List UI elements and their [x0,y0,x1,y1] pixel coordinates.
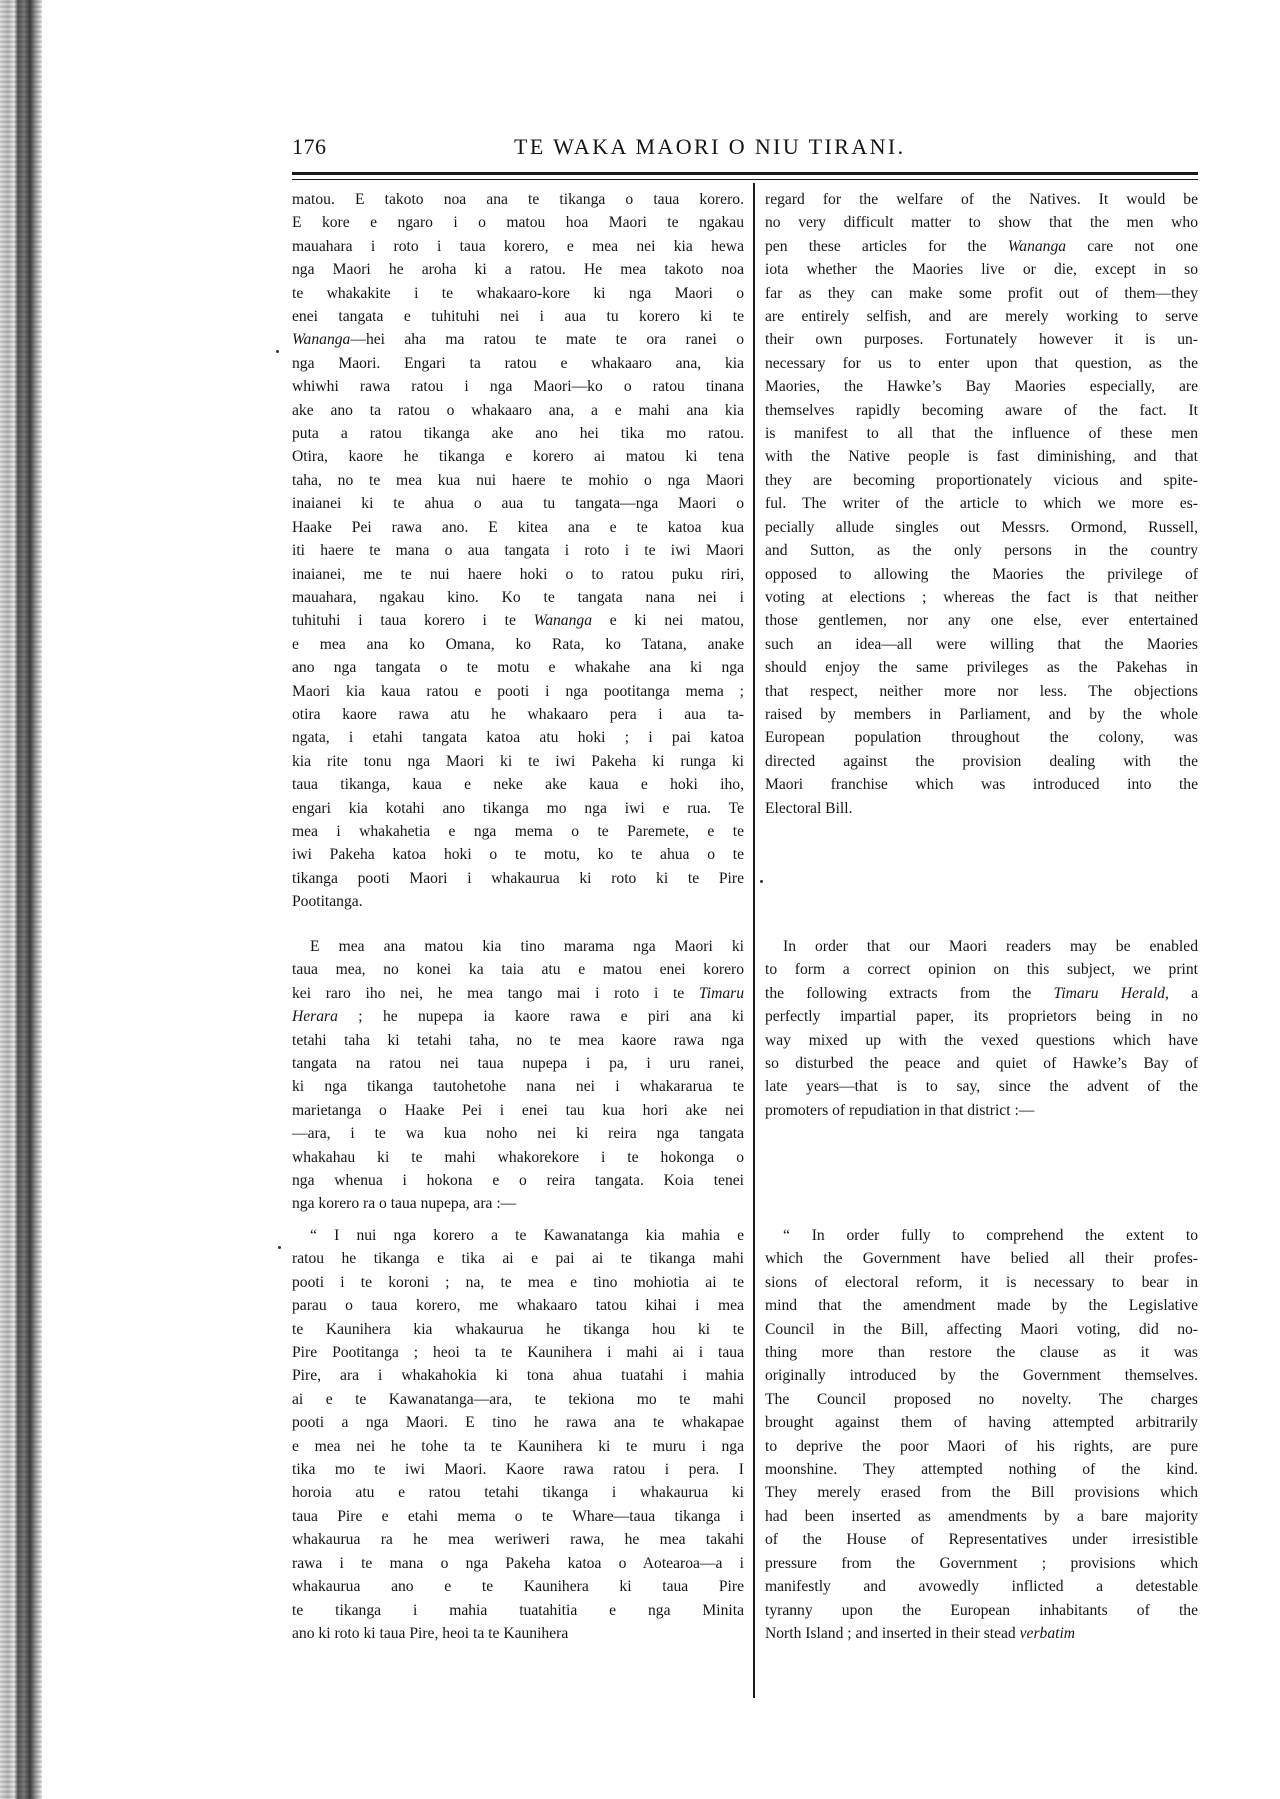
text-line: pooti a nga Maori. E tino he rawa ana te… [292,1411,744,1434]
text-line: Otira, kaore he tikanga e korero ai mato… [292,445,744,468]
scan-speck [276,350,279,353]
text-line: opposed to allowing the Maories the priv… [765,563,1198,586]
scanned-binding-edge [0,0,42,1799]
column-divider [753,183,755,1698]
text-line: and Sutton, as the only persons in the c… [765,539,1198,562]
text-line: Wananga—hei aha ma ratou te mate te ora … [292,328,744,351]
text-line: taha, no te mea kua nui haere te mohio o… [292,469,744,492]
text-line: mea i whakahetia e nga mema o te Paremet… [292,820,744,843]
text-line: no very difficult matter to show that th… [765,211,1198,234]
text-line: rawa i te mana o nga Pakeha katoa o Aote… [292,1552,744,1575]
text-line: nga korero ra o taua nupepa, ara :— [292,1192,744,1215]
left-column-block-2: E mea ana matou kia tino marama nga Maor… [292,935,744,1216]
text-line: ai e te Kawanatanga—ara, te tekiona mo t… [292,1388,744,1411]
text-line: The Council proposed no novelty. The cha… [765,1388,1198,1411]
text-line: iota whether the Maories live or die, ex… [765,258,1198,281]
text-line: ake ano ta ratou o whakaaro ana, a e mah… [292,399,744,422]
text-line: Electoral Bill. [765,797,1198,820]
text-line: engari kia kotahi ano tikanga mo nga iwi… [292,797,744,820]
header-rule-thin [292,179,1198,180]
text-line: North Island ; and inserted in their ste… [765,1622,1198,1645]
text-line: Council in the Bill, affecting Maori vot… [765,1318,1198,1341]
text-line: inaianei, me te nui haere hoki o to rato… [292,563,744,586]
text-line: so disturbed the peace and quiet of Hawk… [765,1052,1198,1075]
text-line: with the Native people is fast diminishi… [765,445,1198,468]
text-line: ratou he tikanga e tika ai e pai ai te t… [292,1247,744,1270]
text-line: taua mea, no konei ka taia atu e matou e… [292,958,744,981]
text-line: nga Maori he aroha ki a ratou. He mea ta… [292,258,744,281]
text-line: perfectly impartial paper, its proprieto… [765,1005,1198,1028]
right-column-block-2: In order that our Maori readers may be e… [765,935,1198,1122]
text-line: pressure from the Government ; provision… [765,1552,1198,1575]
text-line: moonshine. They attempted nothing of the… [765,1458,1198,1481]
text-line: the following extracts from the Timaru H… [765,982,1198,1005]
scan-speck [278,1246,281,1249]
text-line: ano ki roto ki taua Pire, heoi ta te Kau… [292,1622,744,1645]
text-line: voting at elections ; whereas the fact i… [765,586,1198,609]
text-line: taua Pire e etahi mema o te Whare—taua t… [292,1505,744,1528]
text-line: te Kaunihera kia whakaurua he tikanga ho… [292,1318,744,1341]
text-line: otira kaore rawa atu he whakaaro pera i … [292,703,744,726]
text-line: are entirely selfish, and are merely wor… [765,305,1198,328]
text-line: Herara ; he nupepa ia kaore rawa e piri … [292,1005,744,1028]
text-line: tika mo te iwi Maori. Kaore rawa ratou i… [292,1458,744,1481]
text-line: whakahau ki te mahi whakorekore i te hok… [292,1146,744,1169]
text-line: that respect, neither more nor less. The… [765,680,1198,703]
text-line: ful. The writer of the article to which … [765,492,1198,515]
text-line: puta a ratou tikanga ake ano hei tika mo… [292,422,744,445]
text-line: originally introduced by the Government … [765,1364,1198,1387]
text-line: mauahara i roto i taua korero, e mea nei… [292,235,744,258]
text-line: ngata, i etahi tangata katoa atu hoki ; … [292,726,744,749]
text-line: “ In order fully to comprehend the exten… [765,1224,1198,1247]
text-line: iti haere te mana o aua tangata i roto i… [292,539,744,562]
text-line: Pire, ara i whakahokia ki tona ahua tuat… [292,1364,744,1387]
text-line: ki nga tikanga tautohetohe nana nei i wh… [292,1075,744,1098]
text-line: tuhituhi i taua korero i te Wananga e ki… [292,609,744,632]
text-line: themselves rapidly becoming aware of the… [765,399,1198,422]
text-line: te whakakite i te whakaaro-kore ki nga M… [292,282,744,305]
text-line: sions of electoral reform, it is necessa… [765,1271,1198,1294]
text-line: tikanga pooti Maori i whakaurua ki roto … [292,867,744,890]
text-line: Maori kia kaua ratou e pooti i nga pooti… [292,680,744,703]
text-line: Maories, the Hawke’s Bay Maories especia… [765,375,1198,398]
running-title: TE WAKA MAORI O NIU TIRANI. [514,134,906,160]
text-line: of the House of Representatives under ir… [765,1528,1198,1551]
text-line: ano nga tangata o te motu e whakahe ana … [292,656,744,679]
header-rule-thick [292,172,1198,175]
page-number: 176 [292,134,327,160]
text-line: far as they can make some profit out of … [765,282,1198,305]
text-line: kia rite tonu nga Maori ki te iwi Pakeha… [292,750,744,773]
text-line: European population throughout the colon… [765,726,1198,749]
text-line: manifestly and avowedly inflicted a dete… [765,1575,1198,1598]
text-line: e mea nei he tohe ta te Kaunihera ki te … [292,1435,744,1458]
right-column-block-1: regard for the welfare of the Natives. I… [765,188,1198,820]
text-line: pecially allude singles out Messrs. Ormo… [765,516,1198,539]
text-line: whakaurua ano e te Kaunihera ki taua Pir… [292,1575,744,1598]
text-line: brought against them of having attempted… [765,1411,1198,1434]
text-line: matou. E takoto noa ana te tikanga o tau… [292,188,744,211]
text-line: nga whenua i hokona e o reira tangata. K… [292,1169,744,1192]
text-line: marietanga o Haake Pei i enei tau kua ho… [292,1099,744,1122]
text-line: their own purposes. Fortunately however … [765,328,1198,351]
text-line: horoia atu e ratou tetahi tikanga i whak… [292,1481,744,1504]
text-line: Pire Pootitanga ; heoi ta te Kaunihera i… [292,1341,744,1364]
text-line: had been inserted as amendments by a bar… [765,1505,1198,1528]
text-line: In order that our Maori readers may be e… [765,935,1198,958]
text-line: raised by members in Parliament, and by … [765,703,1198,726]
text-line: e mea ana ko Omana, ko Rata, ko Tatana, … [292,633,744,656]
text-line: te tikanga i mahia tuatahitia e nga Mini… [292,1599,744,1622]
text-line: tetahi taha ki tetahi taha, no te mea ka… [292,1029,744,1052]
text-line: mind that the amendment made by the Legi… [765,1294,1198,1317]
text-line: mauahara, ngakau kino. Ko te tangata nan… [292,586,744,609]
text-line: regard for the welfare of the Natives. I… [765,188,1198,211]
text-line: They merely erased from the Bill provisi… [765,1481,1198,1504]
text-line: pen these articles for the Wananga care … [765,235,1198,258]
text-line: way mixed up with the vexed questions wh… [765,1029,1198,1052]
text-line: enei tangata e tuhituhi nei i aua tu kor… [292,305,744,328]
text-line: should enjoy the same privileges as the … [765,656,1198,679]
text-line: Haake Pei rawa ano. E kitea ana e te kat… [292,516,744,539]
text-line: inaianei ki te ahua o aua tu tangata—nga… [292,492,744,515]
right-column-block-3: “ In order fully to comprehend the exten… [765,1224,1198,1645]
text-line: tangata na ratou nei taua nupepa i pa, i… [292,1052,744,1075]
text-line: to form a correct opinion on this subjec… [765,958,1198,981]
text-line: tyranny upon the European inhabitants of… [765,1599,1198,1622]
text-line: directed against the provision dealing w… [765,750,1198,773]
text-line: those gentlemen, nor any one else, ever … [765,609,1198,632]
text-line: they are becoming proportionately viciou… [765,469,1198,492]
text-line: late years—that is to say, since the adv… [765,1075,1198,1098]
scan-speck [760,880,763,883]
left-column-block-3: “ I nui nga korero a te Kawanatanga kia … [292,1224,744,1645]
text-line: “ I nui nga korero a te Kawanatanga kia … [292,1224,744,1247]
text-line: E mea ana matou kia tino marama nga Maor… [292,935,744,958]
text-line: such an idea—all were willing that the M… [765,633,1198,656]
text-line: nga Maori. Engari ta ratou e whakaaro an… [292,352,744,375]
text-line: promoters of repudiation in that distric… [765,1099,1198,1122]
text-line: pooti i te koroni ; na, te mea e tino mo… [292,1271,744,1294]
text-line: E kore e ngaro i o matou hoa Maori te ng… [292,211,744,234]
text-line: necessary for us to enter upon that ques… [765,352,1198,375]
text-line: is manifest to all that the influence of… [765,422,1198,445]
left-column-block-1: matou. E takoto noa ana te tikanga o tau… [292,188,744,914]
text-line: iwi Pakeha katoa hoki o te motu, ko te a… [292,843,744,866]
text-line: thing more than restore the clause as it… [765,1341,1198,1364]
text-line: whakaurua ra he mea weriweri rawa, he me… [292,1528,744,1551]
text-line: whiwhi rawa ratou i nga Maori—ko o ratou… [292,375,744,398]
page-header: 176 TE WAKA MAORI O NIU TIRANI. [292,130,1198,162]
text-line: Pootitanga. [292,890,744,913]
text-line: kei raro iho nei, he mea tango mai i rot… [292,982,744,1005]
text-line: to deprive the poor Maori of his rights,… [765,1435,1198,1458]
text-line: taua tikanga, kaua e neke ake kaua e hok… [292,773,744,796]
text-line: which the Government have belied all the… [765,1247,1198,1270]
text-line: Maori franchise which was introduced int… [765,773,1198,796]
text-line: parau o taua korero, me whakaaro tatou k… [292,1294,744,1317]
text-line: —ara, i te wa kua noho nei ki reira nga … [292,1122,744,1145]
